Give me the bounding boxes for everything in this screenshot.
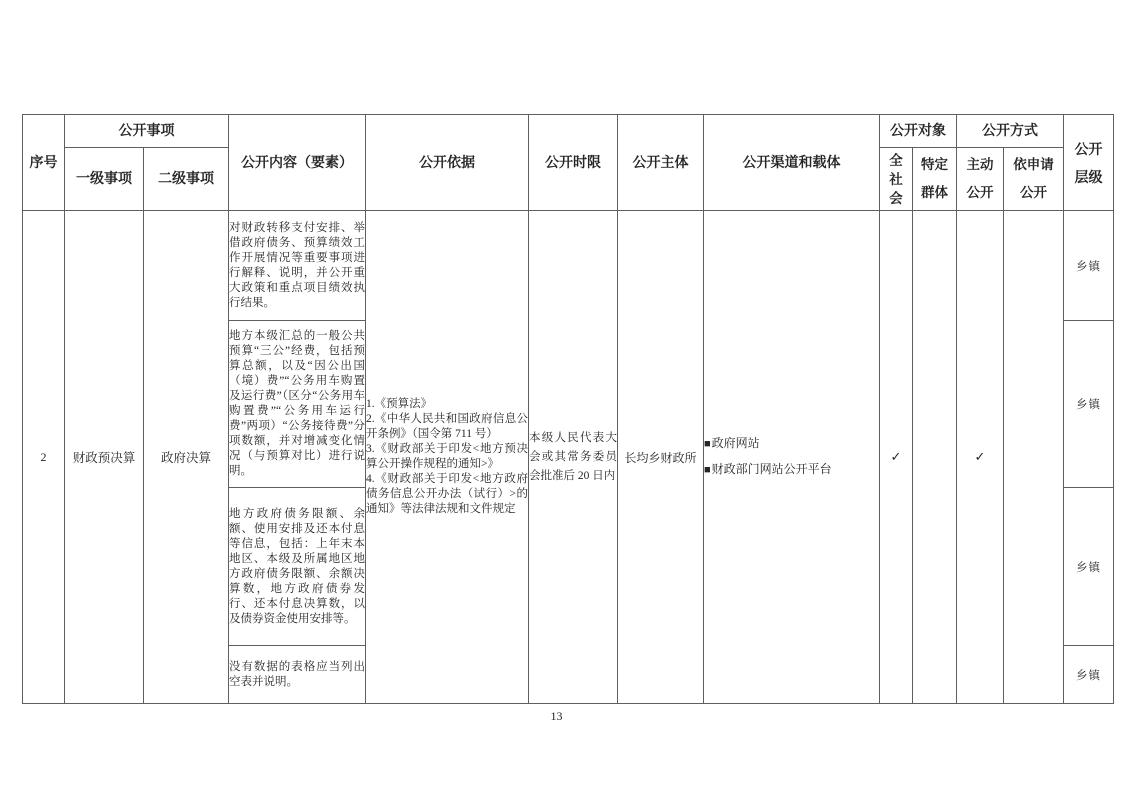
col-header-time-limit: 公开时限	[529, 115, 618, 211]
check-icon: ✓	[975, 450, 986, 465]
level-cell-4: 乡镇	[1064, 646, 1114, 704]
method-on-request-check-cell	[1004, 211, 1064, 704]
col-header-channels: 公开渠道和载体	[704, 115, 880, 211]
col-header-items-group: 公开事项	[65, 115, 229, 148]
content-cell-2: 地方本级汇总的一般公共预算“三公”经费，包括预算总额，以及“因公出国（境）费”“…	[229, 321, 366, 488]
target-all-check-cell: ✓	[880, 211, 913, 704]
channels-cell: ■政府网站 ■财政部门网站公开平台	[704, 211, 880, 704]
col-header-target-group: 公开对象	[880, 115, 957, 148]
col-header-subject: 公开主体	[618, 115, 704, 211]
col-header-method-on-request: 依申请 公开	[1004, 148, 1064, 211]
check-icon: ✓	[891, 450, 902, 465]
content-cell-3: 地方政府债务限额、余额、使用安排及还本付息等信息，包括：上年末本地区、本级及所属…	[229, 488, 366, 646]
item-level1-cell: 财政预决算	[65, 211, 144, 704]
channel-label: 财政部门网站公开平台	[712, 462, 832, 476]
level-cell-3: 乡镇	[1064, 488, 1114, 646]
item-level2-cell: 政府决算	[144, 211, 229, 704]
col-header-target-specific: 特定 群体	[913, 148, 957, 211]
disclosure-items-table: 序号 公开事项 公开内容（要素） 公开依据 公开时限 公开主体 公开渠道和载体 …	[22, 114, 1114, 704]
square-bullet-icon: ■	[704, 464, 711, 476]
channel-label: 政府网站	[712, 436, 760, 450]
col-header-serial: 序号	[23, 115, 65, 211]
col-header-target-all: 全 社 会	[880, 148, 913, 211]
time-limit-cell: 本级人民代表大会或其常务委员会批准后 20 日内	[529, 211, 618, 704]
document-page: 序号 公开事项 公开内容（要素） 公开依据 公开时限 公开主体 公开渠道和载体 …	[0, 0, 1122, 793]
level-cell-1: 乡镇	[1064, 211, 1114, 321]
page-number: 13	[0, 709, 1113, 724]
col-header-item-level1: 一级事项	[65, 148, 144, 211]
col-header-content: 公开内容（要素）	[229, 115, 366, 211]
col-header-item-level2: 二级事项	[144, 148, 229, 211]
channel-item: ■财政部门网站公开平台	[704, 457, 879, 483]
basis-cell: 1.《预算法》 2.《中华人民共和国政府信息公开条例》（国令第 711 号） 3…	[366, 211, 529, 704]
col-header-level: 公开 层级	[1064, 115, 1114, 211]
content-cell-1: 对财政转移支付安排、举借政府债务、预算绩效工作开展情况等重要事项进行解释、说明，…	[229, 211, 366, 321]
channel-item: ■政府网站	[704, 431, 879, 457]
subject-cell: 长均乡财政所	[618, 211, 704, 704]
content-cell-4: 没有数据的表格应当列出空表并说明。	[229, 646, 366, 704]
table-row: 2 财政预决算 政府决算 对财政转移支付安排、举借政府债务、预算绩效工作开展情况…	[23, 211, 1114, 321]
level-cell-2: 乡镇	[1064, 321, 1114, 488]
square-bullet-icon: ■	[704, 438, 711, 450]
col-header-method-group: 公开方式	[957, 115, 1064, 148]
col-header-basis: 公开依据	[366, 115, 529, 211]
target-specific-check-cell	[913, 211, 957, 704]
col-header-method-active: 主动 公开	[957, 148, 1004, 211]
serial-number-cell: 2	[23, 211, 65, 704]
method-active-check-cell: ✓	[957, 211, 1004, 704]
